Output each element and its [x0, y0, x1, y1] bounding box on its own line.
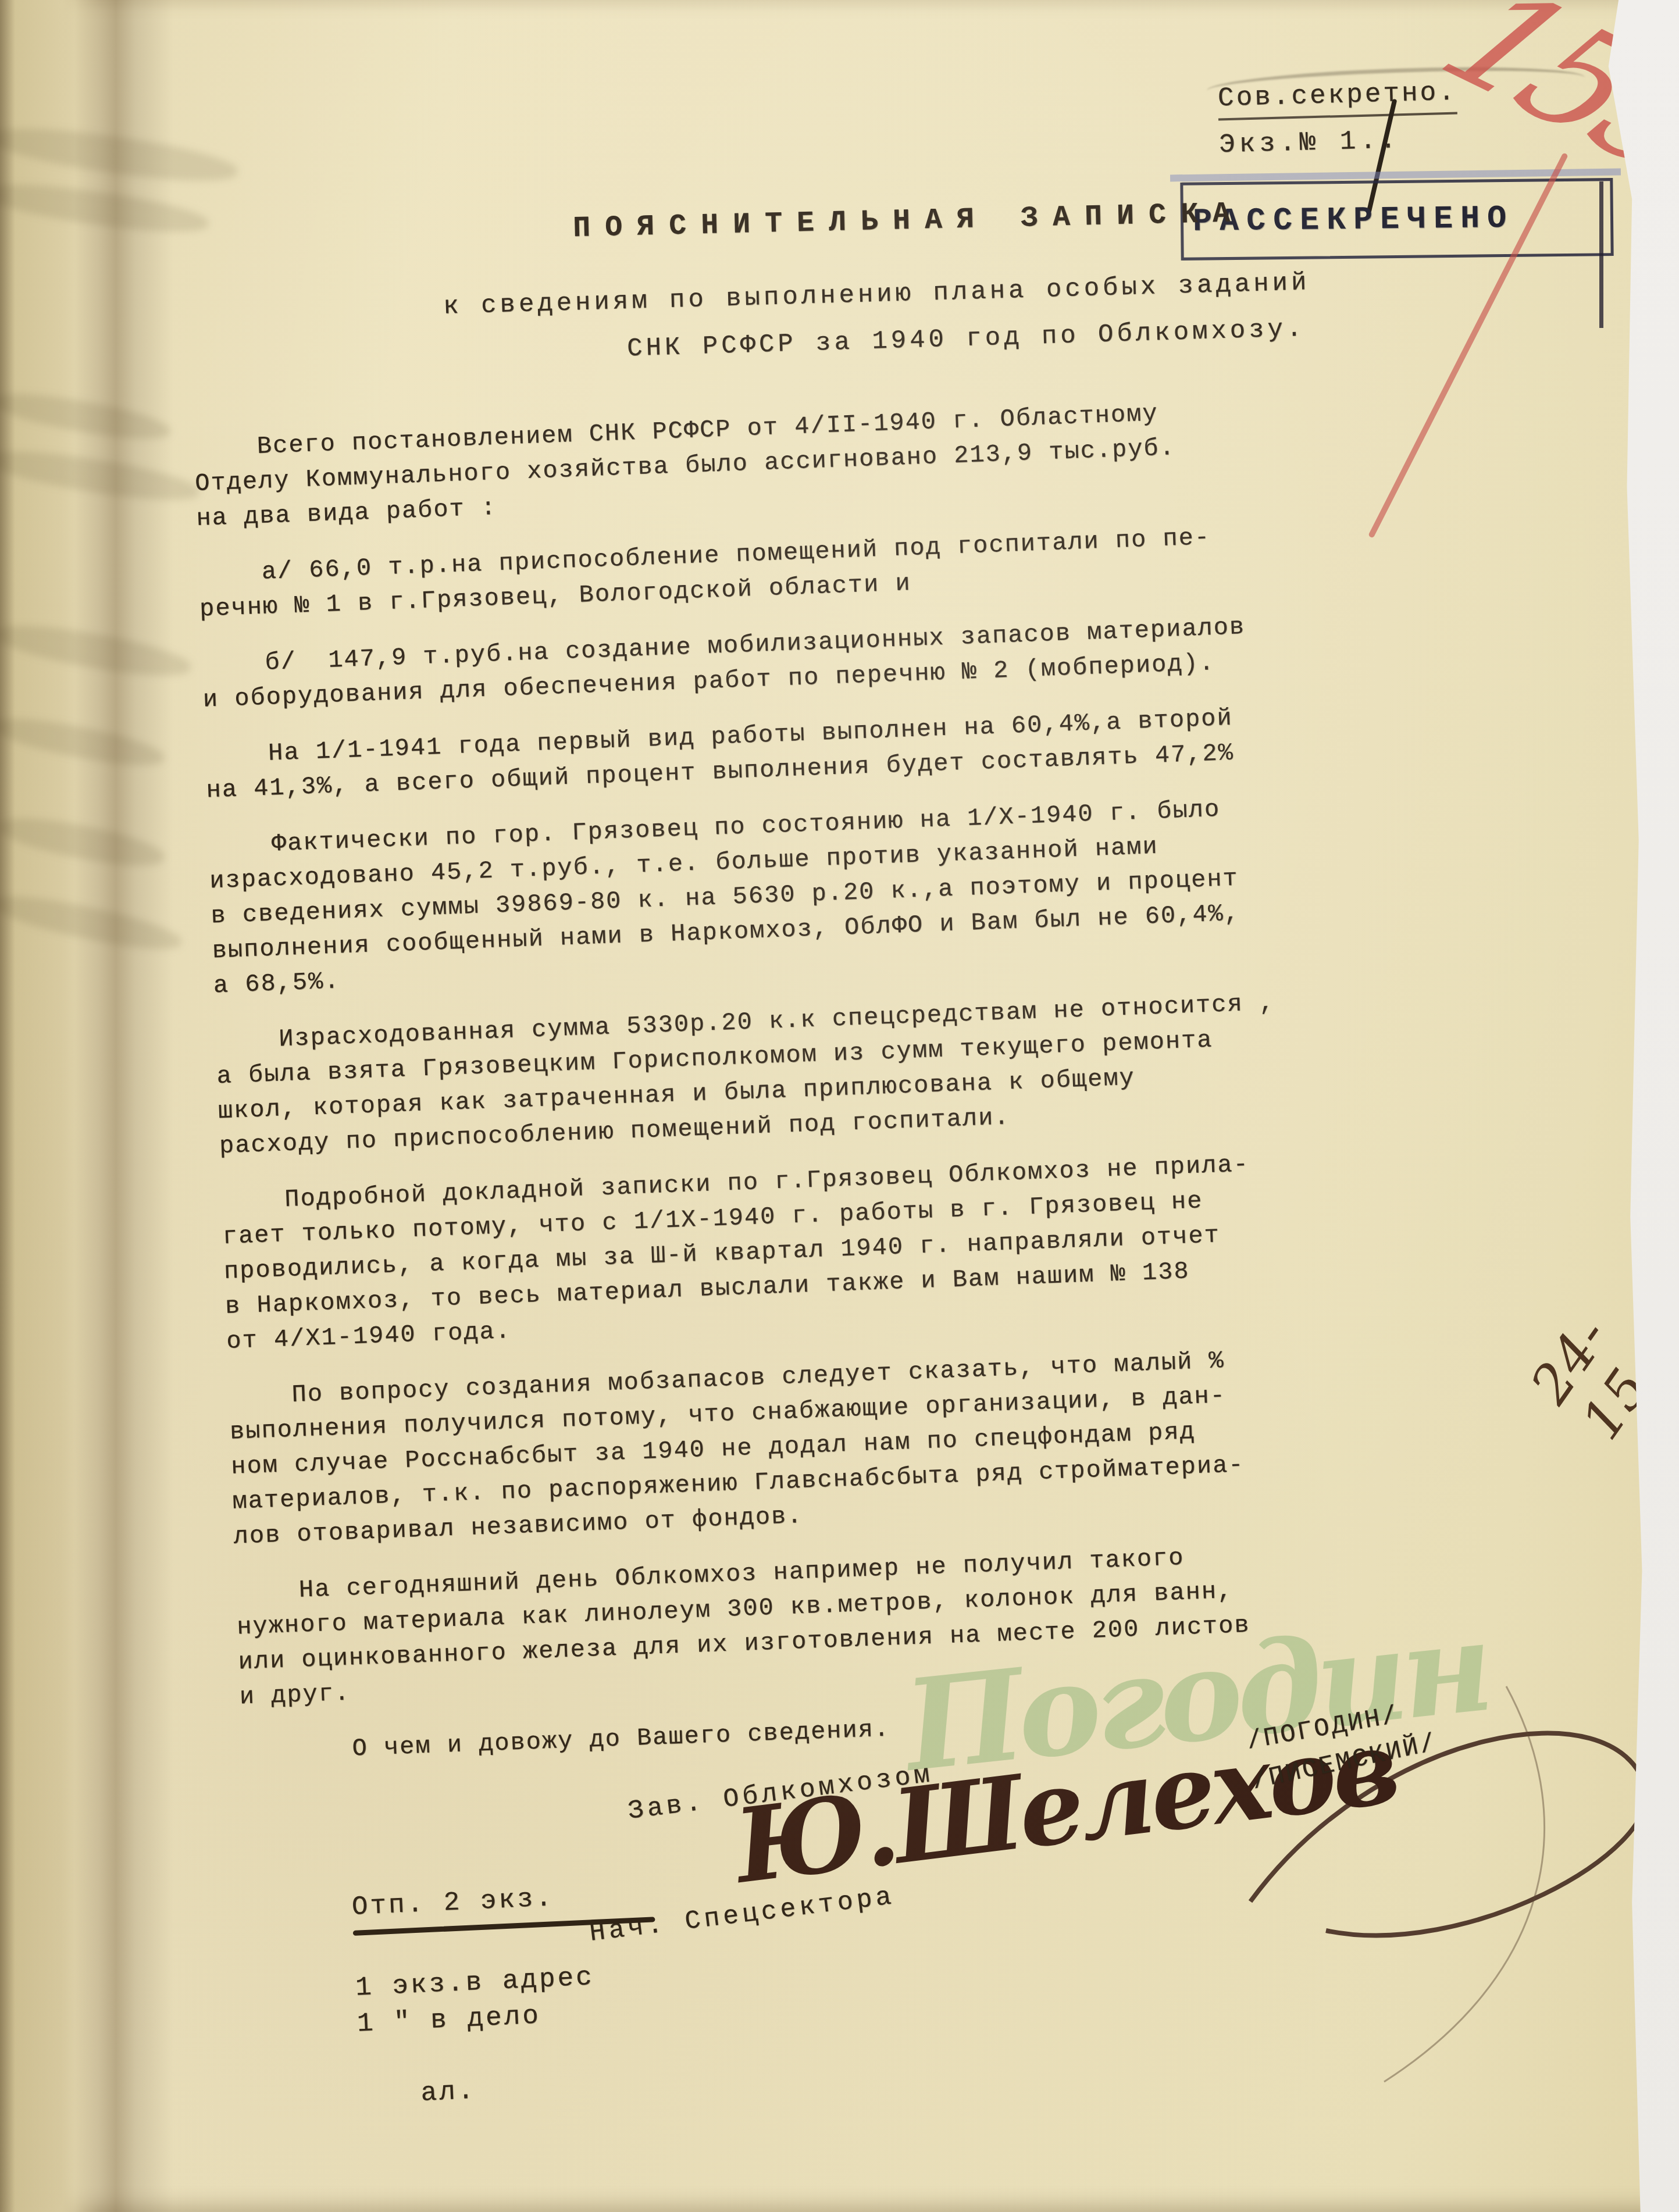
signature-flourish: [1134, 1651, 1679, 2093]
paragraph: Подробной докладной записки по г.Грязове…: [220, 1133, 1633, 1358]
document-body: Всего постановлением СНК РСФСР от 4/II-1…: [193, 380, 1649, 1791]
document-subtitle-line2: СНК РСФСР за 1940 год по Облкомхозу.: [627, 315, 1306, 364]
copies-printed: Отп. 2 экз.: [351, 1878, 655, 1922]
document-title: ПОЯСНИТЕЛЬНАЯ ЗАПИСКА: [573, 197, 1245, 245]
document-page: Сов.секретно. Экз.№ 1.. РАССЕКРЕЧЕНО 155…: [0, 0, 1679, 2212]
distribution-line-1: 1 экз.в адрес: [355, 1959, 658, 2003]
typist-initials: ал.: [420, 2067, 663, 2108]
paragraph: Фактически по гор. Грязовец по состоянию…: [208, 777, 1620, 1003]
copy-number-label: Экз.№ 1..: [1218, 124, 1458, 160]
document-subtitle-line1: к сведениям по выполнению плана особых з…: [443, 268, 1310, 322]
distribution-block: Отп. 2 экз. 1 экз.в адрес 1 " в дело ал.: [351, 1878, 664, 2111]
binding-edge: [0, 0, 15, 2212]
scanned-document: Сов.секретно. Экз.№ 1.. РАССЕКРЕЧЕНО 155…: [0, 0, 1679, 2212]
binding-crease: [74, 0, 173, 2212]
distribution-line-2: 1 " в дело: [357, 1995, 660, 2039]
paragraph: По вопросу создания мобзапасов следует с…: [228, 1328, 1641, 1554]
paragraph: Израсходованная сумма 5330р.20 к.к спецс…: [215, 973, 1626, 1164]
stamp-frame-line: [1599, 181, 1603, 328]
